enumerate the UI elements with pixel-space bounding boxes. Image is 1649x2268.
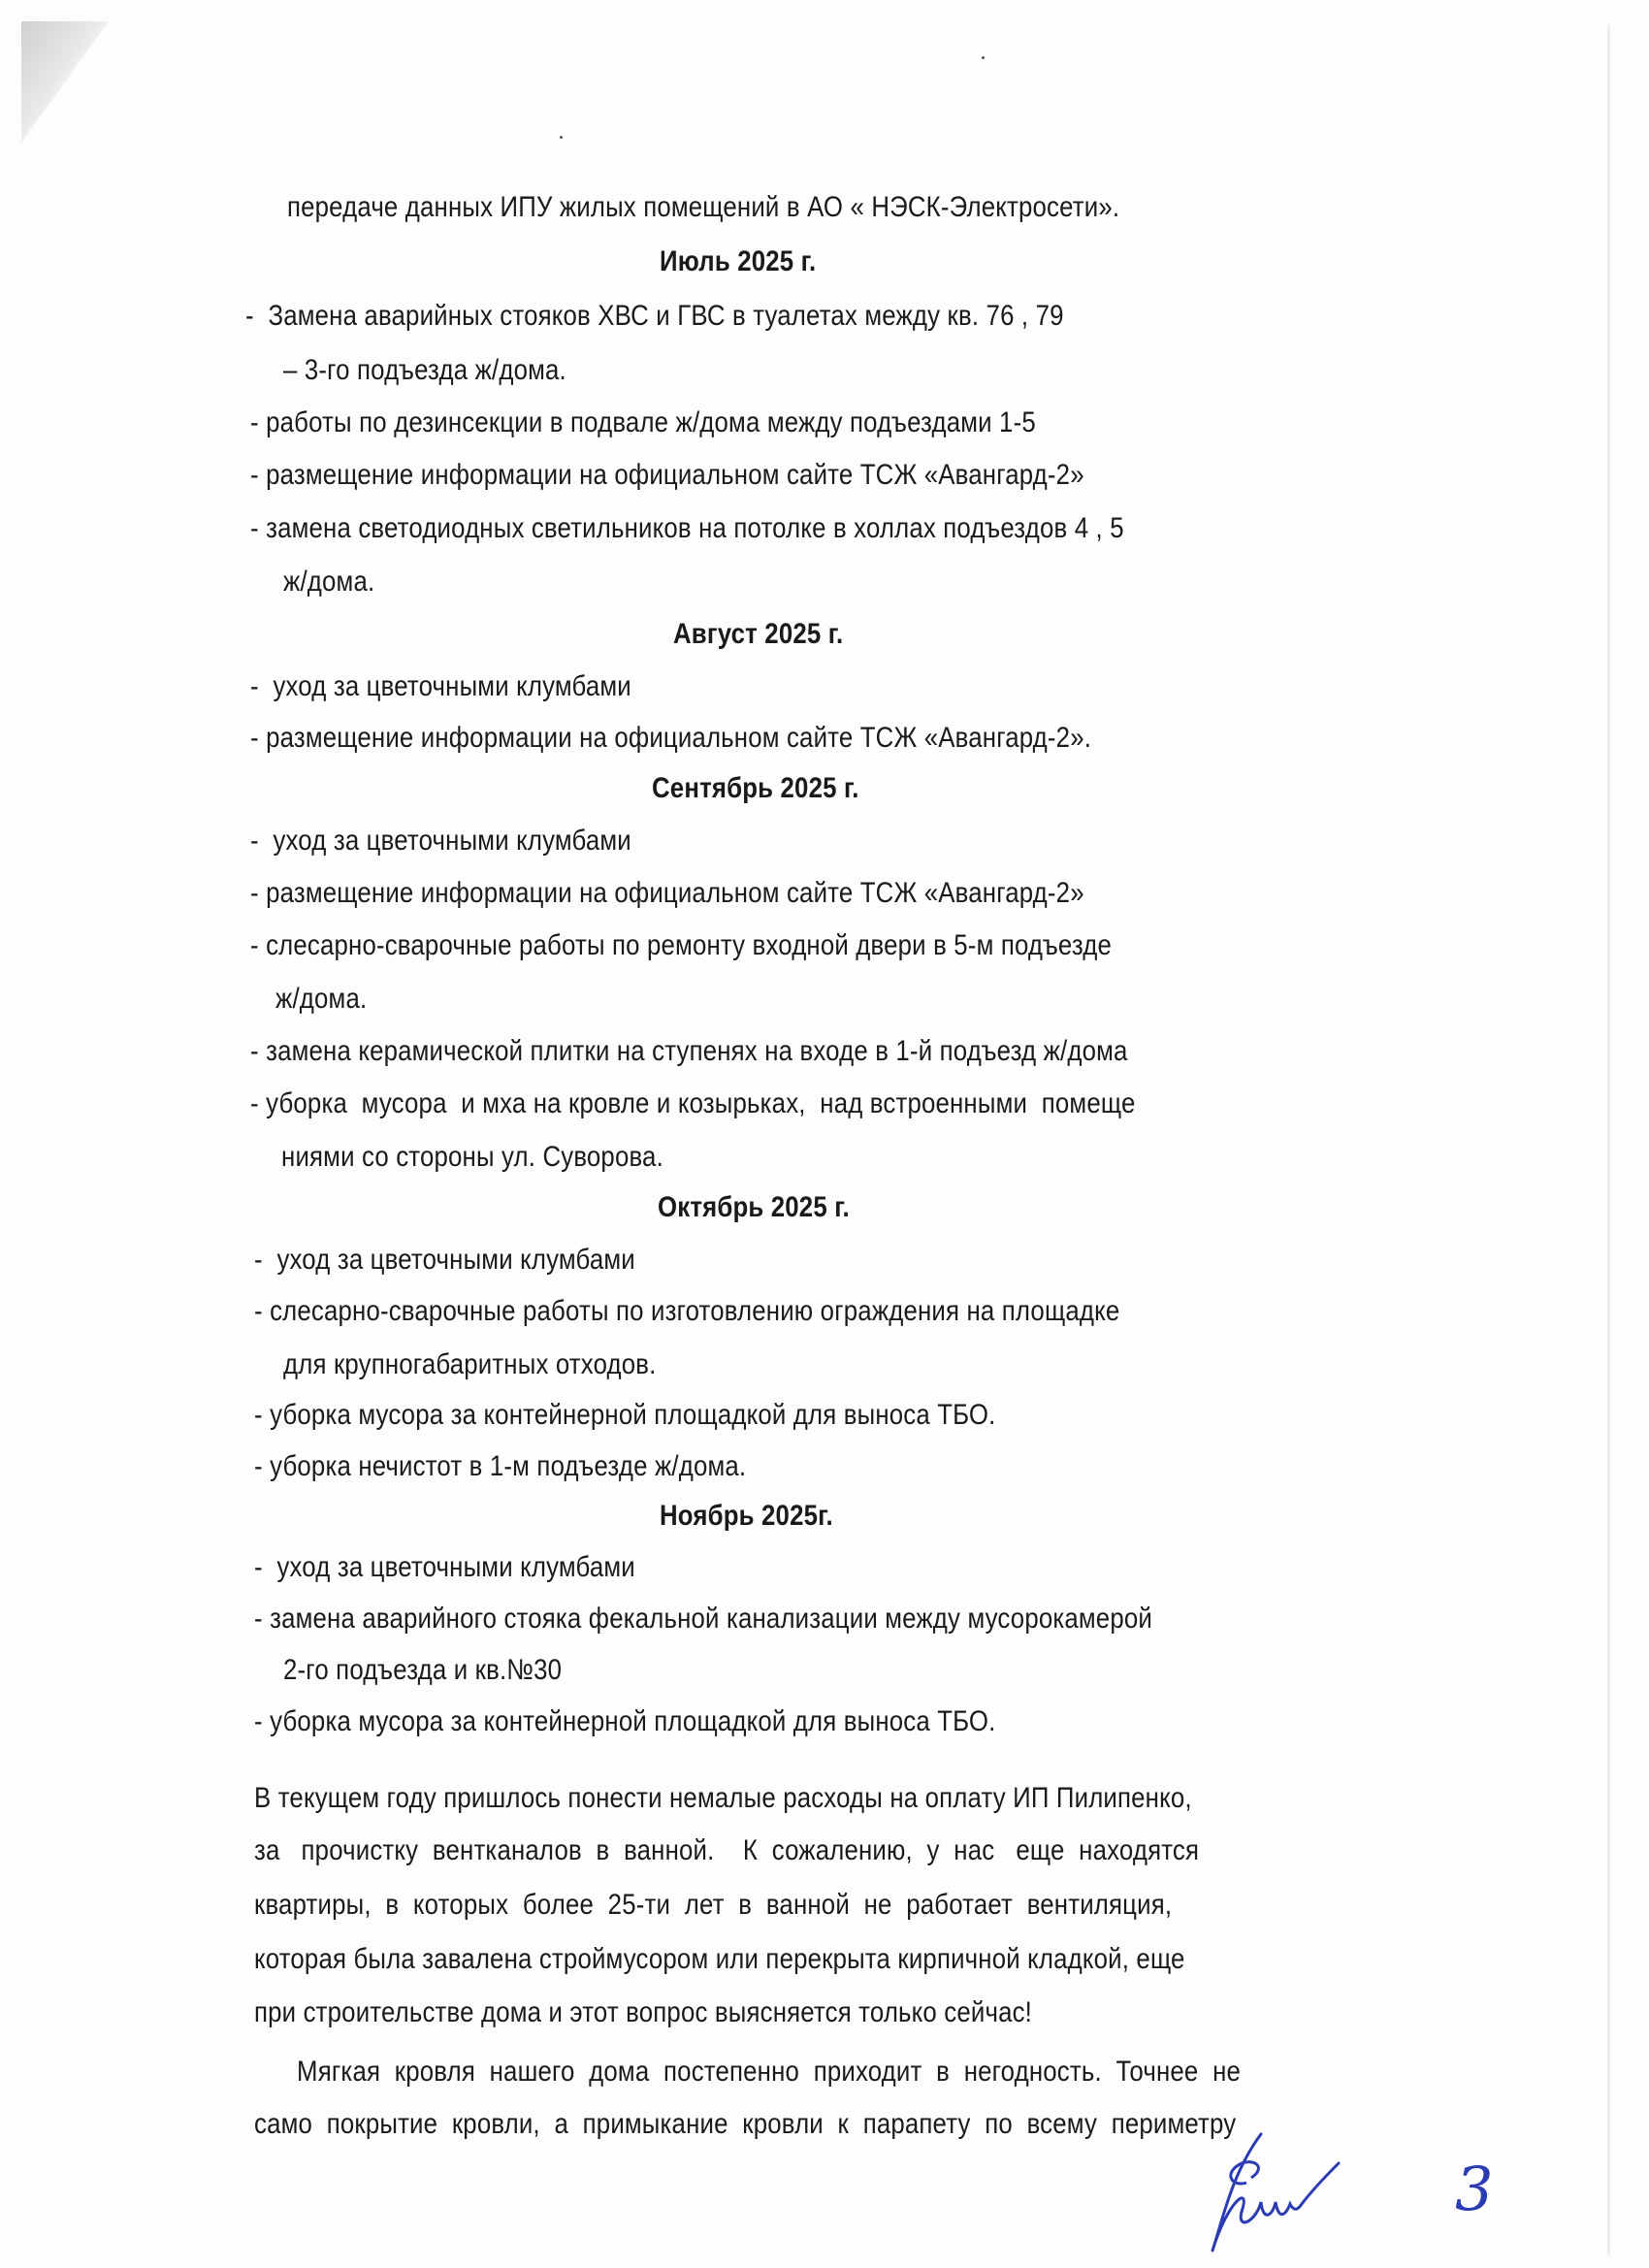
handwritten-signature: [1193, 2115, 1348, 2260]
paragraph-line: за прочистку вентканалов в ванной. К сож…: [254, 1833, 1199, 1868]
list-item: - замена аварийного стояка фекальной кан…: [254, 1602, 1152, 1636]
list-item: ниями со стороны ул. Суворова.: [260, 1140, 663, 1175]
list-item: - уборка мусора и мха на кровле и козырь…: [250, 1086, 1135, 1121]
paragraph-line: которая была завалена строймусором или п…: [254, 1942, 1185, 1977]
section-heading-august: Август 2025 г.: [673, 617, 843, 652]
section-heading-july: Июль 2025 г.: [660, 244, 816, 279]
list-item: - уборка мусора за контейнерной площадко…: [254, 1398, 996, 1433]
section-heading-november: Ноябрь 2025г.: [660, 1499, 833, 1534]
list-item: - размещение информации на официальном с…: [250, 721, 1091, 756]
page-edge-shadow: [1607, 24, 1610, 2255]
list-item: – 3-го подъезда ж/дома.: [262, 353, 566, 388]
list-item: - слесарно-сварочные работы по ремонту в…: [250, 928, 1112, 963]
list-item: - слесарно-сварочные работы по изготовле…: [254, 1294, 1119, 1329]
paragraph-line: само покрытие кровли, а примыкание кровл…: [254, 2107, 1236, 2142]
list-item: - Замена аварийных стояков ХВС и ГВС в т…: [245, 299, 1064, 334]
paragraph-line: при строительстве дома и этот вопрос выя…: [254, 1995, 1032, 2030]
scan-speck: [560, 136, 563, 139]
list-item: для крупногабаритных отходов.: [262, 1347, 657, 1382]
paragraph-line: В текущем году пришлось понести немалые …: [254, 1781, 1192, 1816]
page-number: 3: [1455, 2154, 1493, 2224]
list-item: ж/дома.: [262, 565, 374, 599]
list-item: - размещение информации на официальном с…: [250, 876, 1084, 911]
paragraph-line: Мягкая кровля нашего дома постепенно при…: [254, 2055, 1241, 2090]
list-item: - работы по дезинсекции в подвале ж/дома…: [250, 405, 1036, 440]
scan-speck: [982, 56, 985, 59]
list-item: - замена керамической плитки на ступенях…: [250, 1034, 1128, 1069]
list-item: 2-го подъезда и кв.№30: [262, 1653, 562, 1688]
paragraph-line: квартиры, в которых более 25-ти лет в ва…: [254, 1888, 1172, 1923]
scanned-page: передаче данных ИПУ жилых помещений в АО…: [0, 0, 1649, 2268]
section-heading-september: Сентябрь 2025 г.: [652, 771, 859, 806]
list-item: - уборка мусора за контейнерной площадко…: [254, 1704, 996, 1739]
list-item: - замена светодиодных светильников на по…: [250, 511, 1124, 546]
list-item: - размещение информации на официальном с…: [250, 458, 1084, 493]
list-item: - уход за цветочными клумбами: [254, 1550, 635, 1585]
folded-corner: [21, 21, 109, 143]
list-item: - уход за цветочными клумбами: [250, 669, 631, 704]
list-item: - уход за цветочными клумбами: [254, 1243, 635, 1278]
list-item: - уборка нечистот в 1-м подъезде ж/дома.: [254, 1449, 746, 1484]
intro-line: передаче данных ИПУ жилых помещений в АО…: [287, 190, 1119, 225]
list-item: ж/дома.: [254, 982, 367, 1017]
list-item: - уход за цветочными клумбами: [250, 824, 631, 859]
section-heading-october: Октябрь 2025 г.: [658, 1190, 850, 1225]
